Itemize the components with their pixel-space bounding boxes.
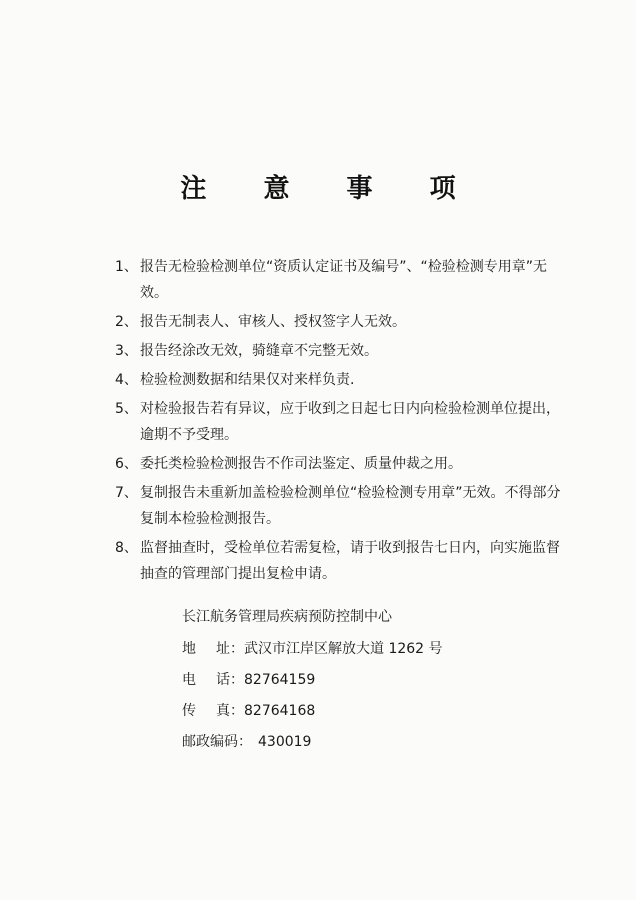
fax-label-b: 真： — [216, 701, 244, 721]
item-number: 7、 — [115, 480, 138, 506]
notice-item-1: 1、报告无检验检测单位“资质认定证书及编号”、“检验检测专用章”无效。 — [115, 254, 565, 306]
item-number: 4、 — [115, 367, 138, 393]
address-label-a: 地 — [182, 639, 196, 659]
item-number: 2、 — [115, 309, 138, 335]
notice-item-4: 4、检验检测数据和结果仅对来样负责. — [115, 367, 565, 393]
item-text: 委托类检验检测报告不作司法鉴定、质量仲裁之用。 — [140, 456, 462, 472]
notice-item-3: 3、报告经涂改无效，骑缝章不完整无效。 — [115, 338, 565, 364]
item-number: 3、 — [115, 338, 138, 364]
item-text: 检验检测数据和结果仅对来样负责. — [140, 372, 354, 388]
item-text: 报告无检验检测单位“资质认定证书及编号”、“检验检测专用章”无效。 — [140, 259, 547, 301]
item-number: 8、 — [115, 535, 138, 561]
phone-label: 电话： — [182, 670, 244, 690]
page-title: 注 意 事 项 — [0, 168, 636, 205]
fax-row: 传真： 82764168 — [182, 701, 443, 721]
address-row: 地址： 武汉市江岸区解放大道 1262 号 — [182, 639, 443, 659]
contact-block: 长江航务管理局疾病预防控制中心 地址： 武汉市江岸区解放大道 1262 号 电话… — [182, 607, 443, 763]
postcode-value: 430019 — [258, 732, 311, 752]
item-text: 对检验报告若有异议，应于收到之日起七日内向检验检测单位提出，逾期不予受理。 — [140, 401, 560, 443]
organization-name: 长江航务管理局疾病预防控制中心 — [182, 607, 443, 627]
phone-row: 电话： 82764159 — [182, 670, 443, 690]
item-text: 监督抽查时，受检单位若需复检，请于收到报告七日内，向实施监督抽查的管理部门提出复… — [140, 540, 560, 582]
notice-item-7: 7、复制报告未重新加盖检验检测单位“检验检测专用章”无效。不得部分复制本检验检测… — [115, 480, 565, 532]
postcode-label: 邮政编码： — [182, 732, 258, 752]
notice-item-5: 5、对检验报告若有异议，应于收到之日起七日内向检验检测单位提出，逾期不予受理。 — [115, 396, 565, 448]
postcode-row: 邮政编码： 430019 — [182, 732, 443, 752]
fax-label-a: 传 — [182, 701, 196, 721]
item-number: 6、 — [115, 451, 138, 477]
fax-label: 传真： — [182, 701, 244, 721]
phone-value: 82764159 — [244, 670, 315, 690]
notice-list: 1、报告无检验检测单位“资质认定证书及编号”、“检验检测专用章”无效。 2、报告… — [115, 254, 565, 590]
item-text: 复制报告未重新加盖检验检测单位“检验检测专用章”无效。不得部分复制本检验检测报告… — [140, 485, 561, 527]
notice-item-6: 6、委托类检验检测报告不作司法鉴定、质量仲裁之用。 — [115, 451, 565, 477]
notice-item-8: 8、监督抽查时，受检单位若需复检，请于收到报告七日内，向实施监督抽查的管理部门提… — [115, 535, 565, 587]
item-text: 报告经涂改无效，骑缝章不完整无效。 — [140, 343, 378, 359]
item-number: 5、 — [115, 396, 138, 422]
address-label-b: 址： — [216, 639, 244, 659]
address-label: 地址： — [182, 639, 244, 659]
item-number: 1、 — [115, 254, 138, 280]
item-text: 报告无制表人、审核人、授权签字人无效。 — [140, 314, 406, 330]
notice-item-2: 2、报告无制表人、审核人、授权签字人无效。 — [115, 309, 565, 335]
phone-label-a: 电 — [182, 670, 196, 690]
fax-value: 82764168 — [244, 701, 315, 721]
document-page: 注 意 事 项 1、报告无检验检测单位“资质认定证书及编号”、“检验检测专用章”… — [0, 0, 636, 900]
address-value: 武汉市江岸区解放大道 1262 号 — [244, 639, 443, 659]
phone-label-b: 话： — [216, 670, 244, 690]
